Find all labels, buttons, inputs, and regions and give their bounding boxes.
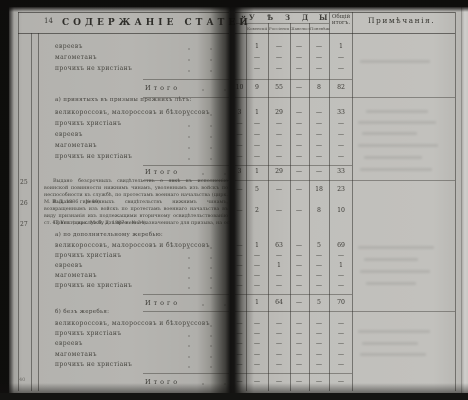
table-cell-value: — [269,272,289,279]
table-cell-value: — [290,351,308,358]
dotted-leader [178,147,226,149]
left-frame-top [18,12,229,13]
dotted-leader [192,173,226,175]
table-cell-value: — [290,282,308,289]
right-frame-right [455,12,456,391]
table-cell-value: — [330,340,352,347]
table-cell-value: — [233,131,246,138]
table-cell-value: — [290,186,308,193]
dotted-leader [178,277,226,279]
table-cell-value: 5 [310,242,328,249]
table-cell-value: — [330,131,352,138]
table-cell-value: — [247,120,267,127]
dotted-leader [178,48,226,50]
dotted-leader [178,136,226,138]
row-label: магометанъ [55,272,97,279]
dotted-leader [178,335,226,337]
section-rule [235,373,352,374]
table-cell-value: 69 [330,242,352,249]
uyezd-letter: У [249,13,255,22]
table-cell-value: — [330,361,352,368]
table-cell-value: 23 [330,186,352,193]
row-label: евреевъ [55,131,83,138]
table-cell-value: — [290,378,308,385]
table-cell-value: — [233,142,246,149]
dotted-leader [178,345,226,347]
table-cell-value: — [247,282,267,289]
row-label: прочихъ не христіанъ [55,65,132,72]
table-cell-value: — [290,242,308,249]
bleed-through-line [358,121,436,124]
notes-col-line [352,12,353,391]
table-cell-value: 1 [247,43,267,50]
table-cell-value: — [247,54,267,61]
table-cell-value: — [233,361,246,368]
table-cell-value: — [290,272,308,279]
row-label: магометанъ [55,142,97,149]
row-label: великороссовъ, малороссовъ и бѣлоруссовъ [55,109,210,116]
table-cell-value: — [330,330,352,337]
dotted-leader [178,70,226,72]
table-cell-value: — [330,120,352,127]
table-cell-value: — [233,351,246,358]
table-cell-value: — [290,65,308,72]
uyezd-column-name: Россіенскій [269,26,289,31]
table-cell-value: — [269,351,289,358]
total-label: Итого [145,168,180,176]
table-cell-value: — [233,320,246,327]
section-rule [143,165,229,166]
row-label: прочихъ христіанъ [55,252,122,259]
left-number-col-line2 [38,33,39,391]
table-cell-value: — [330,252,352,259]
section-heading: а) принятыхъ въ призывы прежнихъ лѣтъ: [55,97,192,103]
bleed-through-line [360,168,432,171]
uyezd-column-name: Поневѣжскій [310,26,330,31]
section-rule-below [143,311,229,312]
table-cell-value: — [310,272,328,279]
table-cell-value: — [269,43,289,50]
row-label: прочихъ не христіанъ [55,361,132,368]
table-cell-value: — [290,120,308,127]
table-cell-value: 10 [330,207,352,214]
row-label: евреевъ [55,340,83,347]
table-cell-value: 29 [269,109,289,116]
table-cell-value: — [290,168,308,175]
row-label: евреевъ [55,262,83,269]
table-cell-value: — [310,340,328,347]
bleed-through-line [360,60,430,63]
table-cell-value: — [233,330,246,337]
table-cell-value: — [247,262,267,269]
page-title: СОДЕРЖАНІЕ СТАТЕЙ [62,18,252,28]
table-cell-value: — [269,153,289,160]
row-label: магометанъ [55,351,97,358]
bleed-through-line [364,156,422,159]
dotted-leader [192,383,226,385]
section-rule [235,294,352,295]
table-cell-value: — [247,153,267,160]
row-label: прочихъ не христіанъ [55,282,132,289]
table-cell-value: — [233,207,246,214]
left-frame-left [18,12,19,391]
section-rule [143,373,229,374]
left-number-col-line [31,33,32,391]
table-cell-value: — [233,340,246,347]
table-cell-value: 8 [310,84,328,91]
table-cell-value: — [310,153,328,160]
total-header-line2: итогъ. [330,20,352,26]
table-cell-value: — [247,65,267,72]
uyezd-letter: Ы [319,13,327,22]
table-cell-value: 1 [247,242,267,249]
table-cell-value: — [310,252,328,259]
table-cell-value: 5 [310,299,328,306]
item-paragraph: Принято на службу изъ временно назначенн… [44,220,230,227]
table-cell-value: — [290,252,308,259]
table-cell-value: — [247,252,267,259]
table-cell-value: — [290,262,308,269]
table-cell-value: — [290,320,308,327]
table-cell-value: — [310,109,328,116]
uyezd-letters-rule [236,23,329,24]
table-cell-value: — [247,131,267,138]
uyezd-column-name: Шавельскій [290,26,310,31]
table-cell-value: — [290,54,308,61]
item-number: 25 [20,179,28,186]
dotted-leader [178,356,226,358]
table-cell-value: — [247,272,267,279]
dotted-leader [178,287,226,289]
table-cell-value: — [233,282,246,289]
table-cell-value: — [269,54,289,61]
table-cell-value: — [233,262,246,269]
row-label: великороссовъ, малороссовъ и бѣлоруссовъ [55,242,210,249]
total-label: Итого [145,299,180,307]
scan-bottom-edge [0,393,468,400]
table-cell-value: 29 [269,168,289,175]
table-cell-value: 18 [310,186,328,193]
table-cell-value: — [269,65,289,72]
bleed-through-line [360,270,430,273]
table-cell-value: — [269,207,289,214]
table-cell-value: — [290,142,308,149]
table-cell-value: — [233,378,246,385]
page-edge-strip [461,7,468,395]
dotted-leader [178,366,226,368]
table-cell-value: — [269,361,289,368]
table-cell-value: — [247,378,267,385]
table-cell-value: — [310,131,328,138]
section-heading: а) по дополнительному жеребью: [55,232,163,238]
table-cell-value: — [310,142,328,149]
section-rule-below [235,97,455,98]
section-rule-below [235,311,455,312]
bleed-through-line [360,353,426,356]
page-number: 14 [44,17,53,25]
bleed-through-line [358,246,434,249]
dotted-leader [178,125,226,127]
table-cell-value: — [330,282,352,289]
item-number: 26 [20,200,28,207]
table-cell-value: — [310,361,328,368]
bleed-through-line [362,132,417,135]
section-rule-below [235,180,455,181]
uyezd-letter: Д [302,13,308,22]
notes-column-header: Примѣчанія. [368,16,435,25]
table-cell-value: — [269,131,289,138]
table-cell-value: 1 [269,262,289,269]
uyezd-column-name: Ковенскій [247,26,267,31]
table-cell-value: 82 [330,84,352,91]
table-cell-value: — [310,65,328,72]
table-cell-value: — [247,320,267,327]
table-cell-value: — [269,186,289,193]
table-cell-value: — [269,252,289,259]
table-cell-value: — [290,109,308,116]
table-cell-value: — [310,282,328,289]
bleed-through-line [366,110,428,113]
table-cell-value: — [330,320,352,327]
table-cell-value: — [269,320,289,327]
row-label: великороссовъ, малороссовъ и бѣлоруссовъ [55,320,210,327]
uyezd-letter: З [285,13,290,22]
table-cell-value: — [310,351,328,358]
table-cell-value: — [269,378,289,385]
signature-mark: 40 [19,377,25,383]
table-cell-value: 1 [247,299,267,306]
table-cell-value: — [330,142,352,149]
table-cell-value: — [290,131,308,138]
row-label: прочихъ христіанъ [55,120,122,127]
table-cell-value: — [310,120,328,127]
table-cell-value: — [310,43,328,50]
table-cell-value: — [233,272,246,279]
table-cell-value: — [310,54,328,61]
scanned-book-spread: { "page": { "left_page_number": "14", "t… [0,0,468,400]
table-cell-value: — [233,186,246,193]
table-cell-value: — [290,340,308,347]
table-cell-value: — [233,242,246,249]
dotted-leader [178,267,226,269]
table-cell-value: — [269,120,289,127]
table-cell-value: — [233,120,246,127]
dotted-leader [178,59,226,61]
bleed-through-line [366,282,416,285]
total-label: Итого [145,84,180,92]
table-cell-value: — [310,330,328,337]
table-cell-value: — [290,43,308,50]
dotted-leader [178,257,226,259]
table-cell-value: — [269,142,289,149]
table-cell-value: 5 [247,186,267,193]
table-cell-value: — [269,282,289,289]
table-cell-value: — [310,168,328,175]
dotted-leader [192,304,226,306]
row-label: прочихъ христіанъ [55,330,122,337]
table-cell-value: 64 [269,299,289,306]
table-cell-value: — [330,351,352,358]
section-rule [235,79,352,80]
table-cell-value: — [330,272,352,279]
item-number: 27 [20,221,28,228]
bleed-through-line [358,144,438,147]
table-cell-value: 1 [247,168,267,175]
table-cell-value: 1 [330,43,352,50]
row-label: евреевъ [55,43,83,50]
table-cell-value: — [269,340,289,347]
table-cell-value: — [247,340,267,347]
table-cell-value: — [290,299,308,306]
table-cell-value: — [310,378,328,385]
table-cell-value: 3 [233,109,246,116]
table-cell-value: — [269,330,289,337]
table-cell-value: — [310,262,328,269]
total-label: Итого [145,378,180,386]
total-column-header: Общій итогъ. [330,14,352,26]
table-cell-value: — [290,84,308,91]
table-cell-value: — [330,153,352,160]
table-cell-value: — [330,65,352,72]
table-cell-value: — [290,207,308,214]
table-cell-value: 8 [310,207,328,214]
left-header-rule [18,33,229,34]
table-cell-value: — [233,153,246,160]
bleed-through-line [358,330,430,333]
table-cell-value: — [290,153,308,160]
table-cell-value: — [247,361,267,368]
table-cell-value: — [247,351,267,358]
table-cell-value: 3 [233,168,246,175]
row-label: прочихъ не христіанъ [55,153,132,160]
section-rule [143,79,229,80]
table-cell-value: — [247,330,267,337]
table-cell-value: 63 [269,242,289,249]
table-cell-value: — [330,54,352,61]
table-cell-value: 55 [269,84,289,91]
table-cell-value: — [330,378,352,385]
dotted-leader [192,89,226,91]
section-rule [235,165,352,166]
table-cell-value: — [290,361,308,368]
row-label: магометанъ [55,54,97,61]
section-heading: б) безъ жеребья: [55,309,109,315]
bleed-through-line [362,342,418,345]
table-cell-value: 33 [330,109,352,116]
table-cell-value: 9 [247,84,267,91]
dotted-leader [178,158,226,160]
table-cell-value: — [247,142,267,149]
section-rule [143,294,229,295]
bleed-through-line [364,258,418,261]
table-cell-value: 1 [330,262,352,269]
table-cell-value: 70 [330,299,352,306]
table-cell-value: 10 [233,84,246,91]
table-cell-value: — [290,330,308,337]
uyezd-letter: Ѣ [267,13,273,22]
table-cell-value: 33 [330,168,352,175]
table-cell-value: 1 [247,109,267,116]
table-cell-value: — [310,320,328,327]
table-cell-value: 2 [247,207,267,214]
table-cell-value: — [233,252,246,259]
